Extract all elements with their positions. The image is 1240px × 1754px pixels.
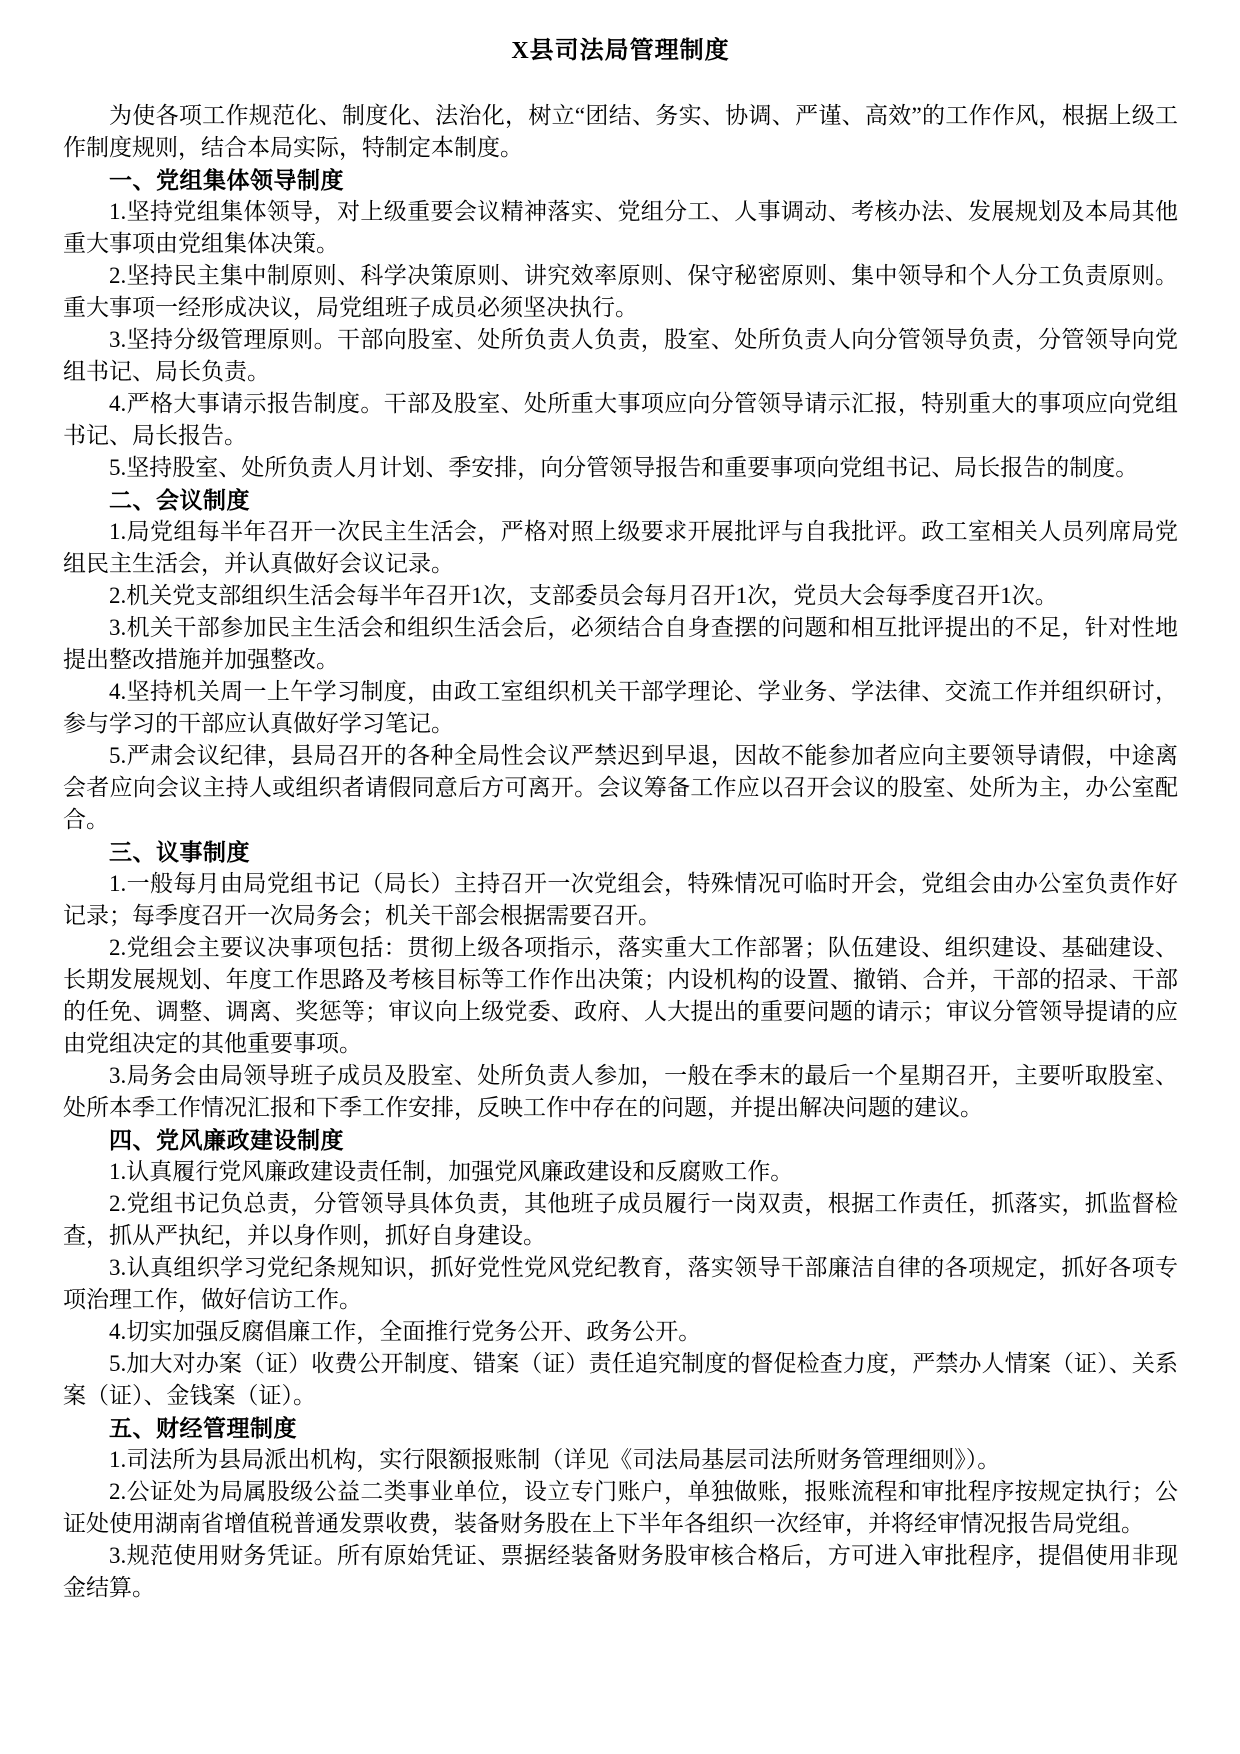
- section-4-item-3: 3.认真组织学习党纪条规知识，抓好党性党风党纪教育，落实领导干部廉洁自律的各项规…: [63, 1252, 1178, 1316]
- document-title: X县司法局管理制度: [63, 36, 1178, 66]
- section-5-item-1: 1.司法所为县局派出机构，实行限额报账制（详见《司法局基层司法所财务管理细则》）…: [63, 1444, 1178, 1476]
- section-heading-4: 四、党风廉政建设制度: [63, 1124, 1178, 1156]
- section-3-item-1: 1.一般每月由局党组书记（局长）主持召开一次党组会，特殊情况可临时开会，党组会由…: [63, 868, 1178, 932]
- section-1-item-3: 3.坚持分级管理原则。干部向股室、处所负责人负责，股室、处所负责人向分管领导负责…: [63, 324, 1178, 388]
- section-2-item-2: 2.机关党支部组织生活会每半年召开1次，支部委员会每月召开1次，党员大会每季度召…: [63, 580, 1178, 612]
- section-1-item-1: 1.坚持党组集体领导，对上级重要会议精神落实、党组分工、人事调动、考核办法、发展…: [63, 196, 1178, 260]
- section-heading-3: 三、议事制度: [63, 836, 1178, 868]
- section-3-item-3: 3.局务会由局领导班子成员及股室、处所负责人参加，一般在季末的最后一个星期召开，…: [63, 1060, 1178, 1124]
- section-2-item-4: 4.坚持机关周一上午学习制度，由政工室组织机关干部学理论、学业务、学法律、交流工…: [63, 676, 1178, 740]
- section-2-item-1: 1.局党组每半年召开一次民主生活会，严格对照上级要求开展批评与自我批评。政工室相…: [63, 516, 1178, 580]
- section-2-item-3: 3.机关干部参加民主生活会和组织生活会后，必须结合自身查摆的问题和相互批评提出的…: [63, 612, 1178, 676]
- section-4-item-5: 5.加大对办案（证）收费公开制度、错案（证）责任追究制度的督促检查力度，严禁办人…: [63, 1348, 1178, 1412]
- section-1-item-5: 5.坚持股室、处所负责人月计划、季安排，向分管领导报告和重要事项向党组书记、局长…: [63, 452, 1178, 484]
- section-heading-1: 一、党组集体领导制度: [63, 164, 1178, 196]
- intro-paragraph: 为使各项工作规范化、制度化、法治化，树立“团结、务实、协调、严谨、高效”的工作作…: [63, 100, 1178, 164]
- section-4-item-4: 4.切实加强反腐倡廉工作，全面推行党务公开、政务公开。: [63, 1316, 1178, 1348]
- section-1-item-2: 2.坚持民主集中制原则、科学决策原则、讲究效率原则、保守秘密原则、集中领导和个人…: [63, 260, 1178, 324]
- section-1-item-4: 4.严格大事请示报告制度。干部及股室、处所重大事项应向分管领导请示汇报，特别重大…: [63, 388, 1178, 452]
- section-5-item-2: 2.公证处为局属股级公益二类事业单位，设立专门账户，单独做账，报账流程和审批程序…: [63, 1476, 1178, 1540]
- section-4-item-1: 1.认真履行党风廉政建设责任制，加强党风廉政建设和反腐败工作。: [63, 1156, 1178, 1188]
- section-5-item-3: 3.规范使用财务凭证。所有原始凭证、票据经装备财务股审核合格后，方可进入审批程序…: [63, 1540, 1178, 1604]
- section-3-item-2: 2.党组会主要议决事项包括：贯彻上级各项指示，落实重大工作部署；队伍建设、组织建…: [63, 932, 1178, 1060]
- section-heading-2: 二、会议制度: [63, 484, 1178, 516]
- section-2-item-5: 5.严肃会议纪律，县局召开的各种全局性会议严禁迟到早退，因故不能参加者应向主要领…: [63, 740, 1178, 836]
- section-4-item-2: 2.党组书记负总责，分管领导具体负责，其他班子成员履行一岗双责，根据工作责任，抓…: [63, 1188, 1178, 1252]
- document-page: X县司法局管理制度 为使各项工作规范化、制度化、法治化，树立“团结、务实、协调、…: [0, 0, 1240, 1754]
- section-heading-5: 五、财经管理制度: [63, 1412, 1178, 1444]
